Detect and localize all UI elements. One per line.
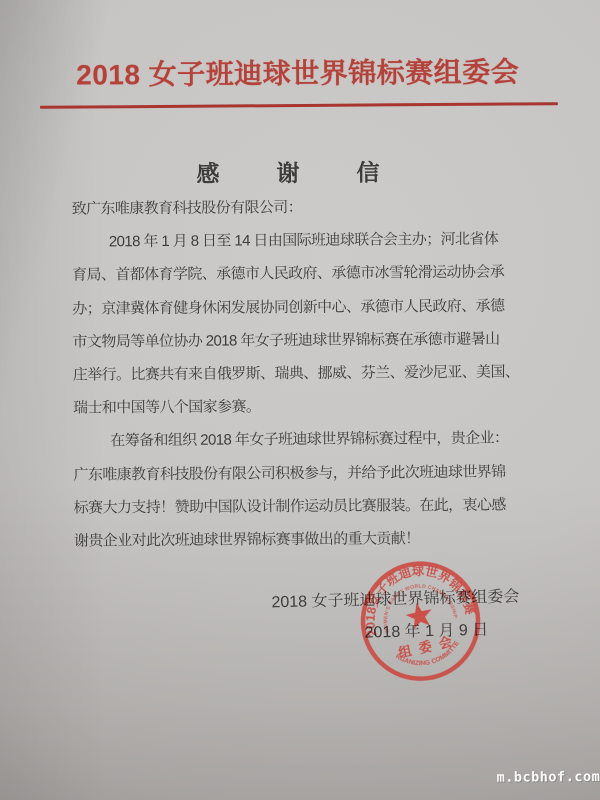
- body-line: 在筹备和组织 2018 年女子班迪球世界锦标赛过程中，贵企业：: [73, 422, 535, 458]
- letterhead-divider: [40, 102, 558, 109]
- body-line: 育局、首都体育学院、承德市人民政府、承德市冰雪轮滑运动协会承: [72, 256, 534, 292]
- body-line: 2018 年 1 月 8 日至 14 日由国际班迪球联合会主办；河北省体: [72, 223, 534, 259]
- letter-body: 致广东唯康教育科技股份有限公司： 2018 年 1 月 8 日至 14 日由国际…: [72, 189, 537, 557]
- body-line: 办；京津冀体育健身休闲发展协同创新中心、承德市人民政府、承德: [72, 289, 534, 325]
- body-line: 瑞士和中国等八个国家参赛。: [73, 389, 535, 425]
- body-line: 庄举行。比赛共有来自俄罗斯、瑞典、挪威、芬兰、爱沙尼亚、美国、: [73, 355, 535, 391]
- official-seal-stamp: 2018女子班迪球世界锦标赛 WOMEN'S BANDY WORLD CHAMP…: [343, 544, 498, 699]
- body-line: 广东唯康教育科技股份有限公司积极参与，并给予此次班迪球世界锦: [73, 455, 535, 491]
- star-icon: [403, 600, 434, 630]
- letter-photo: 2018 女子班迪球世界锦标赛组委会 感谢信 致广东唯康教育科技股份有限公司： …: [0, 0, 600, 800]
- watermark-url: m.bcbhof.com: [497, 769, 600, 786]
- letterhead-title: 2018 女子班迪球世界锦标赛组委会: [0, 50, 598, 94]
- body-line: 市文物局等单位协办 2018 年女子班迪球世界锦标赛在承德市避暑山: [72, 322, 534, 358]
- salutation: 致广东唯康教育科技股份有限公司：: [72, 189, 534, 225]
- letter-title: 感谢信: [196, 154, 436, 189]
- letter-document: 2018 女子班迪球世界锦标赛组委会 感谢信 致广东唯康教育科技股份有限公司： …: [0, 0, 600, 800]
- body-line: 标赛大力支持！赞助中国队设计制作运动员比赛服装。在此，衷心感: [74, 488, 536, 524]
